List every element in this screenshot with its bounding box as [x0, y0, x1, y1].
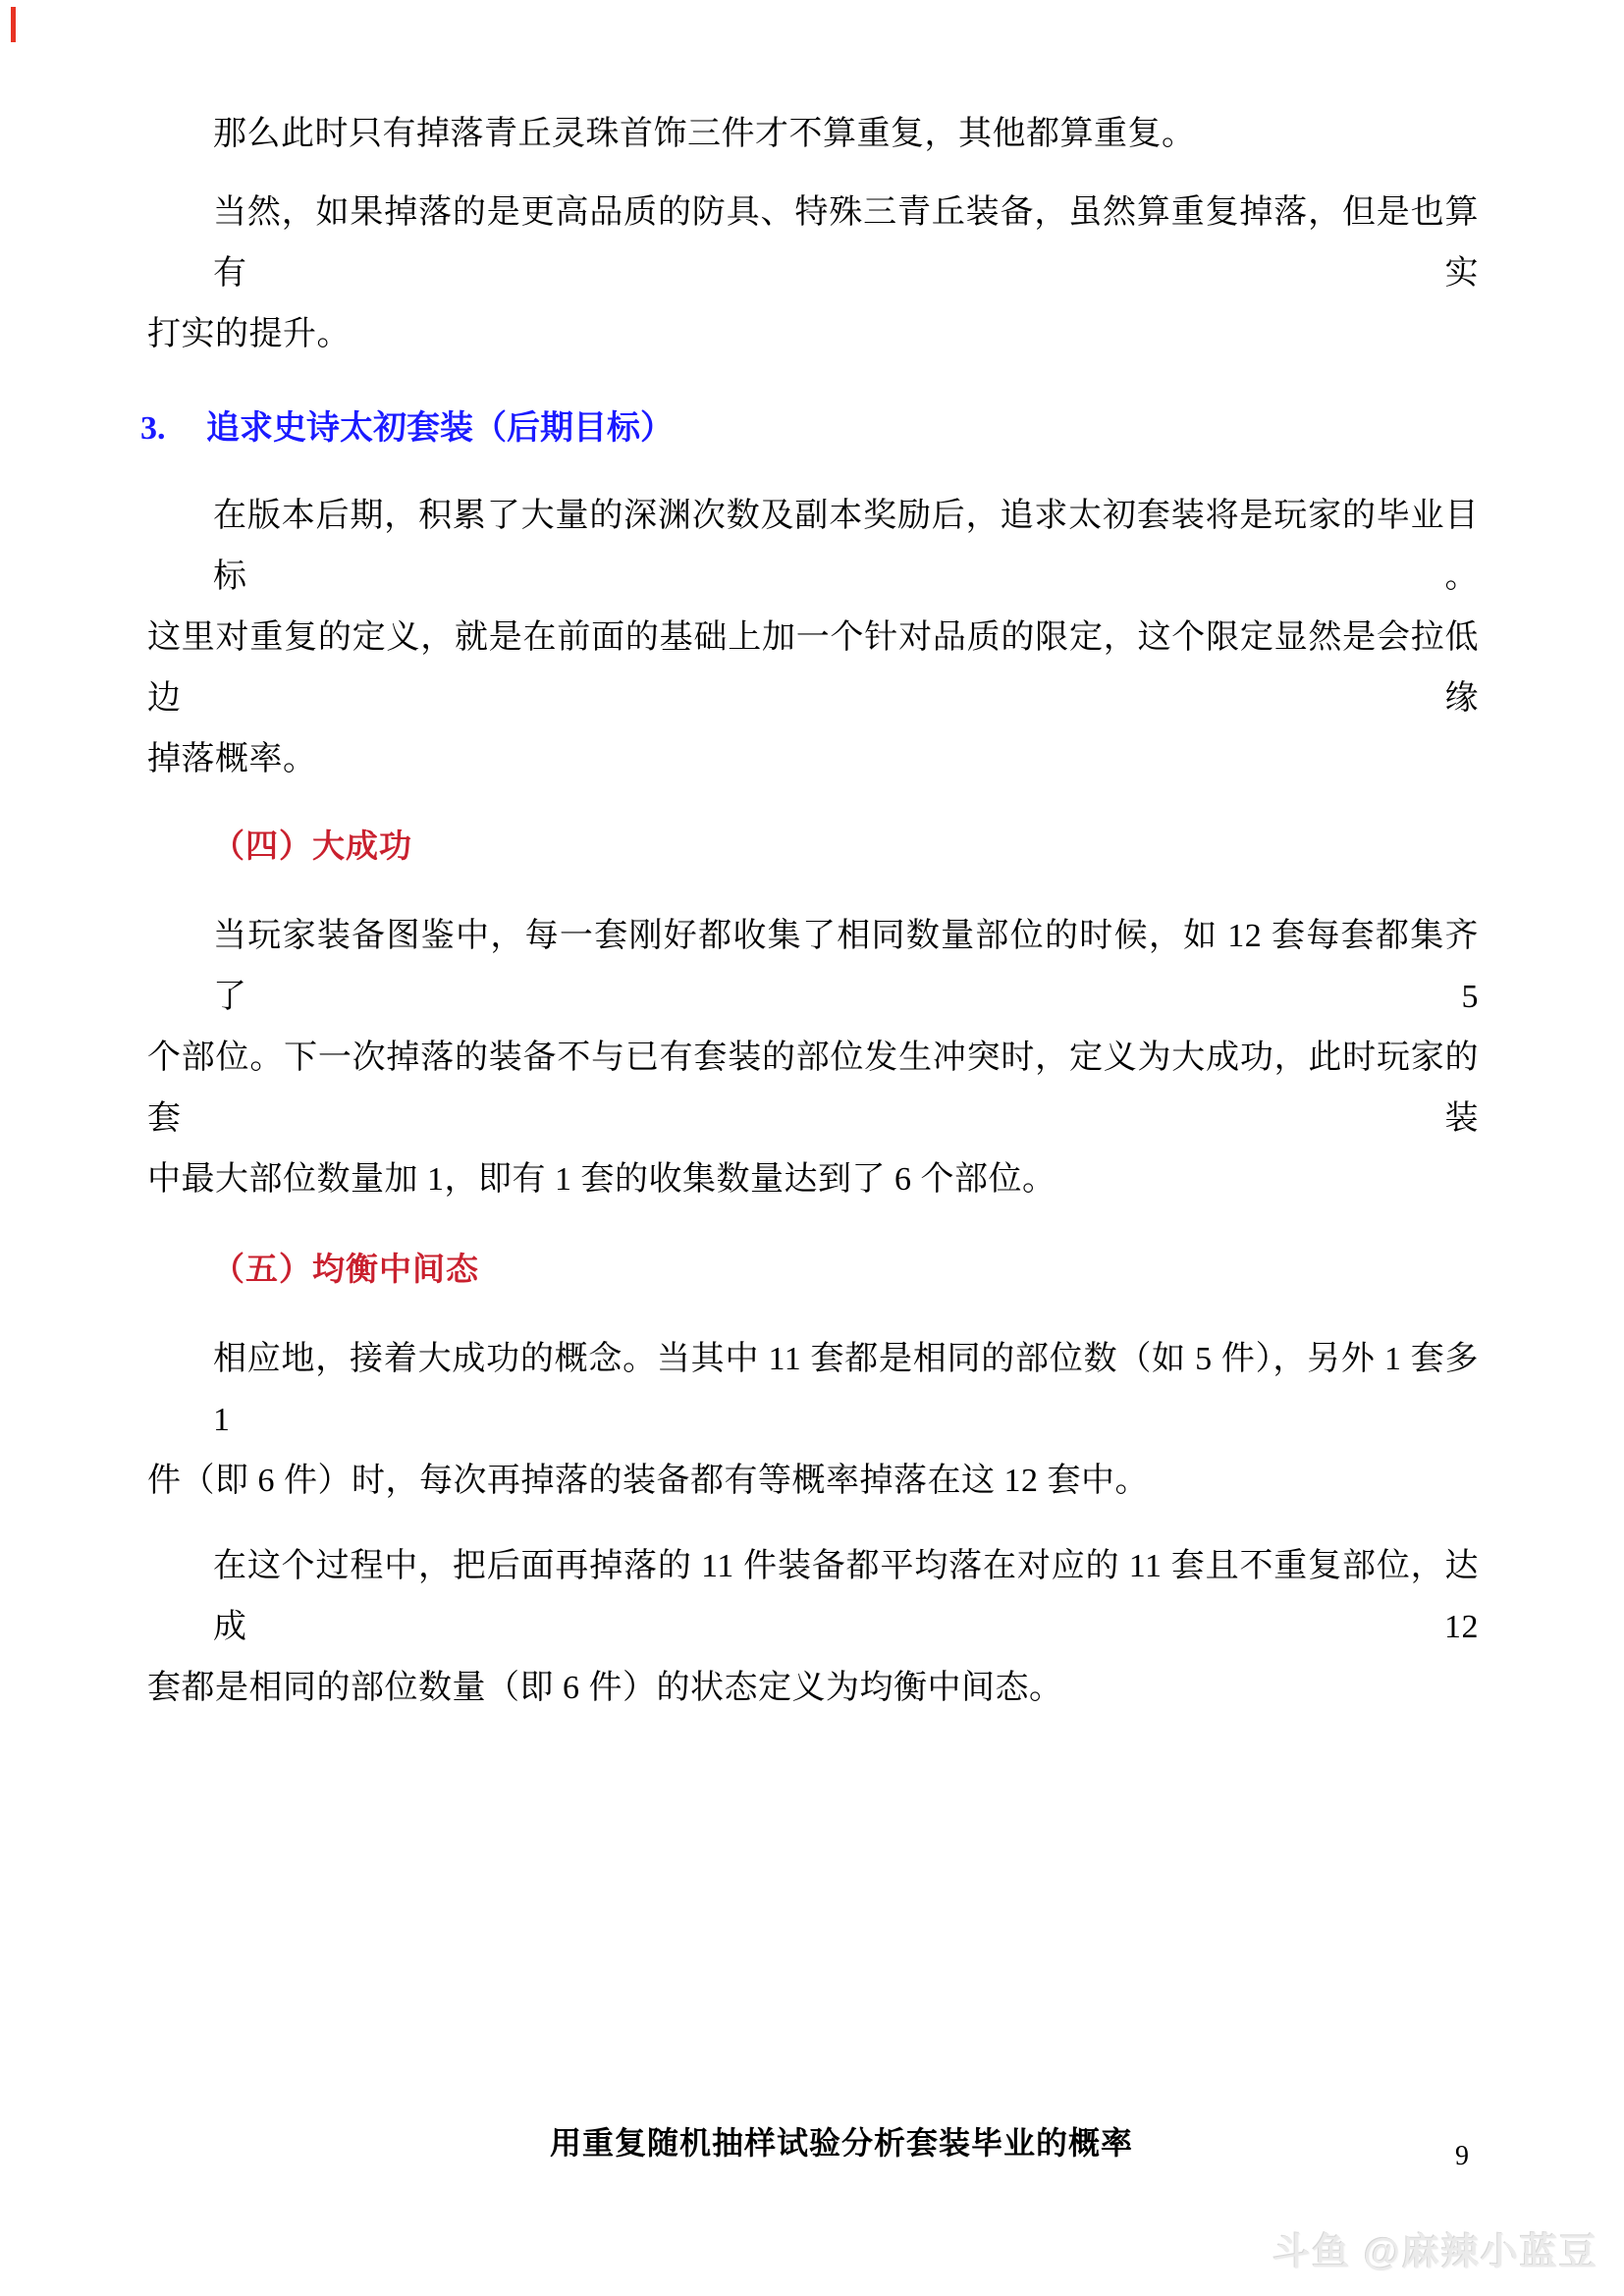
section-heading-blue: 3. 追求史诗太初套装（后期目标）: [140, 404, 1479, 454]
text-line: 个部位。下一次掉落的装备不与已有套装的部位发生冲突时，定义为大成功，此时玩家的套…: [147, 1028, 1479, 1149]
text-line: 掉落概率。: [147, 729, 1479, 790]
paragraph: 在这个过程中，把后面再掉落的 11 件装备都平均落在对应的 11 套且不重复部位…: [147, 1536, 1479, 1719]
paragraph: 那么此时只有掉落青丘灵珠首饰三件才不算重复，其他都算重复。: [147, 104, 1479, 165]
subsection-heading-red: （五）均衡中间态: [212, 1246, 1479, 1293]
footer-title: 用重复随机抽样试验分析套装毕业的概率: [29, 2123, 1624, 2163]
paragraph: 当玩家装备图鉴中，每一套刚好都收集了相同数量部位的时候，如 12 套每套都集齐了…: [147, 906, 1479, 1210]
paragraph: 在版本后期，积累了大量的深渊次数及副本奖励后，追求太初套装将是玩家的毕业目标。 …: [147, 486, 1479, 790]
text-line: 在版本后期，积累了大量的深渊次数及副本奖励后，追求太初套装将是玩家的毕业目标。: [147, 486, 1479, 608]
text-line: 当然，如果掉落的是更高品质的防具、特殊三青丘装备，虽然算重复掉落，但是也算有实: [147, 183, 1479, 304]
page-number: 9: [1455, 2140, 1469, 2173]
text-line: 套都是相同的部位数量（即 6 件）的状态定义为均衡中间态。: [147, 1658, 1479, 1719]
section-number: 3.: [140, 404, 206, 454]
text-line: 中最大部位数量加 1，即有 1 套的收集数量达到了 6 个部位。: [147, 1149, 1479, 1210]
paragraph: 当然，如果掉落的是更高品质的防具、特殊三青丘装备，虽然算重复掉落，但是也算有实 …: [147, 183, 1479, 365]
text-line: 当玩家装备图鉴中，每一套刚好都收集了相同数量部位的时候，如 12 套每套都集齐了…: [147, 906, 1479, 1028]
paragraph: 相应地，接着大成功的概念。当其中 11 套都是相同的部位数（如 5 件），另外 …: [147, 1329, 1479, 1512]
text-line: 打实的提升。: [147, 304, 1479, 365]
text-line: 在这个过程中，把后面再掉落的 11 件装备都平均落在对应的 11 套且不重复部位…: [147, 1536, 1479, 1658]
watermark-text: 斗鱼 @麻辣小蓝豆: [1272, 2228, 1598, 2277]
text-line: 那么此时只有掉落青丘灵珠首饰三件才不算重复，其他都算重复。: [147, 104, 1479, 165]
section-heading-text: 追求史诗太初套装（后期目标）: [206, 404, 674, 454]
subsection-heading-red: （四）大成功: [212, 823, 1479, 870]
text-line: 件（即 6 件）时，每次再掉落的装备都有等概率掉落在这 12 套中。: [147, 1451, 1479, 1512]
document-page: 那么此时只有掉落青丘灵珠首饰三件才不算重复，其他都算重复。 当然，如果掉落的是更…: [0, 0, 1624, 2296]
text-line: 这里对重复的定义，就是在前面的基础上加一个针对品质的限定，这个限定显然是会拉低边…: [147, 608, 1479, 729]
text-line: 相应地，接着大成功的概念。当其中 11 套都是相同的部位数（如 5 件），另外 …: [147, 1329, 1479, 1451]
red-dash-mark: [11, 7, 16, 42]
document-body: 那么此时只有掉落青丘灵珠首饰三件才不算重复，其他都算重复。 当然，如果掉落的是更…: [147, 0, 1479, 1719]
